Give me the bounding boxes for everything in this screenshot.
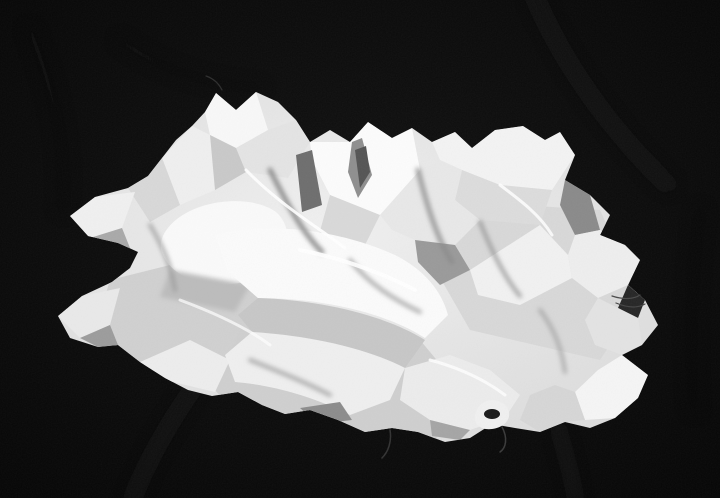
film-grain: [0, 0, 720, 498]
photograph: A heaped pile of crumpled white fabric s…: [0, 0, 720, 498]
crumpled-fabric-photo: [0, 0, 720, 498]
